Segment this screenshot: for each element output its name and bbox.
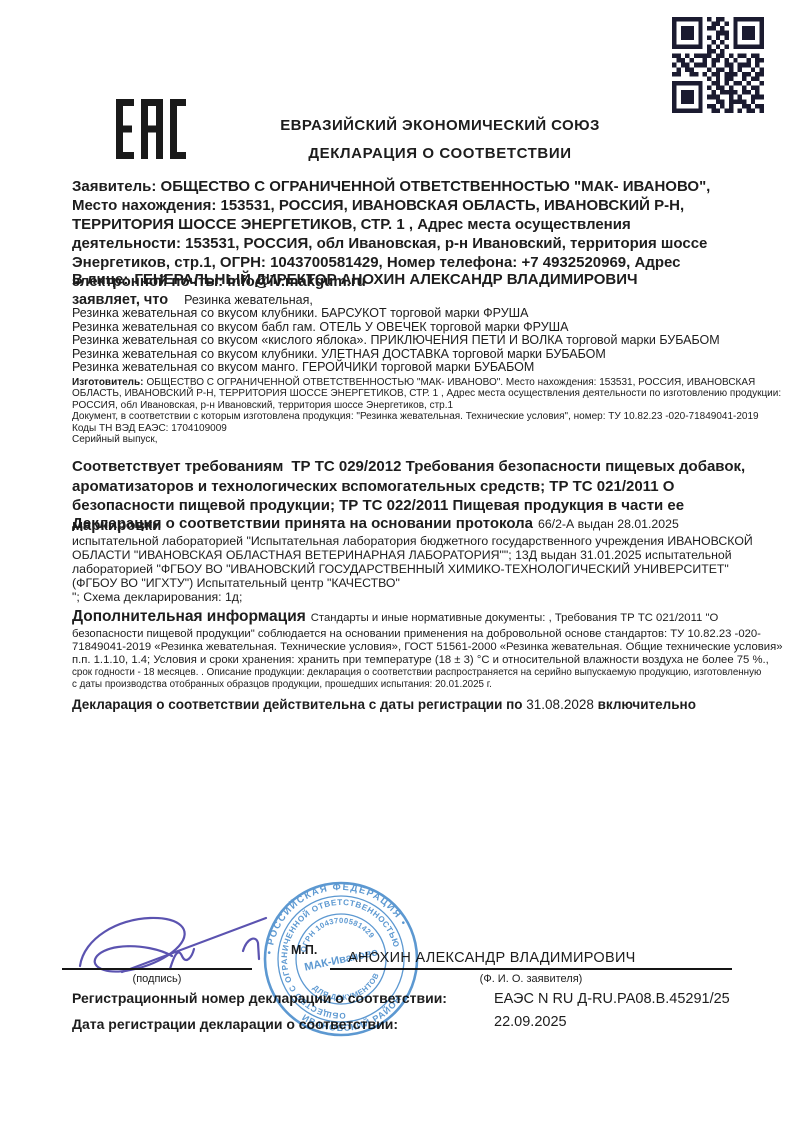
product-line: Резинка жевательная со вкусом «кислого я… — [72, 334, 720, 347]
additional-info-block: Дополнительная информацияСтандарты и ины… — [72, 607, 783, 692]
manufacturer-line: РОССИЯ, обл Ивановская, р-н Ивановский, … — [72, 400, 781, 411]
protocol-line: испытательной лабораторией "Испытательна… — [72, 534, 753, 548]
protocol-line: лабораторией "ФГБОУ ВО "ИВАНОВСКИЙ ГОСУД… — [72, 562, 753, 576]
manufacturer-line: Изготовитель:ОБЩЕСТВО С ОГРАНИЧЕННОЙ ОТВ… — [72, 377, 781, 388]
protocol-line: (ФГБОУ ВО "ИГХТУ") Испытательный центр "… — [72, 576, 753, 590]
stamp-ring-top: • РОССИЙСКАЯ ФЕДЕРАЦИЯ • — [252, 868, 409, 957]
document-page: ЕАС ЕВРАЗИЙСКИЙ ЭКОНОМИЧЕСКИЙ СОЮЗ ДЕКЛА… — [0, 0, 793, 1122]
serial-line: Серийный выпуск, — [72, 434, 781, 445]
additional-small-line: с даты производства отобранных образцов … — [72, 679, 783, 691]
applicant-label: Заявитель: — [72, 178, 156, 195]
signature-line — [62, 968, 252, 970]
additional-first-line: Дополнительная информацияСтандарты и ины… — [72, 607, 783, 628]
manufacturer-doc-line: Документ, в соответствии с которым изгот… — [72, 411, 781, 422]
manufacturer-block: Изготовитель:ОБЩЕСТВО С ОГРАНИЧЕННОЙ ОТВ… — [72, 377, 781, 445]
additional-line: безопасности пищевой продукции" соблюдае… — [72, 628, 783, 641]
registration-number-value: ЕАЭС N RU Д-RU.РА08.В.45291/25 — [494, 991, 730, 1007]
company-stamp: • РОССИЙСКАЯ ФЕДЕРАЦИЯ • ИВАНОВСКИЙ РАЙО… — [240, 858, 442, 1060]
protocol-line: "; Схема декларирования: 1д; — [72, 590, 753, 604]
eac-logo: ЕАС — [114, 99, 186, 159]
svg-text:• РОССИЙСКАЯ ФЕДЕРАЦИЯ •: • РОССИЙСКАЯ ФЕДЕРАЦИЯ • — [252, 868, 409, 957]
registration-date-value: 22.09.2025 — [494, 1014, 567, 1030]
tnved-code-line: Коды ТН ВЭД ЕАЭС: 1704109009 — [72, 423, 781, 434]
declares-block: заявляет, чтоРезинка жевательная, Резинк… — [72, 294, 720, 374]
qr-code — [672, 17, 764, 113]
protocol-line: ОБЛАСТИ "ИВАНОВСКАЯ ОБЛАСТНАЯ ВЕТЕРИНАРН… — [72, 548, 753, 562]
additional-line: п.п. 1.1.10, 1.4; Условия и сроки хранен… — [72, 654, 783, 667]
declares-first-line: заявляет, чтоРезинка жевательная, — [72, 294, 720, 307]
manufacturer-line: ОБЛАСТЬ, ИВАНОВСКИЙ Р-Н, ТЕРРИТОРИЯ ШОСС… — [72, 388, 781, 399]
validity-line: Декларация о соответствии действительна … — [72, 697, 772, 712]
person-line: В лице:ГЕНЕРАЛЬНЫЙ ДИРЕКТОР АНОХИН АЛЕКС… — [72, 271, 772, 288]
validity-date: 31.08.2028 — [526, 697, 594, 712]
additional-small-line: срок годности - 18 месяцев. . Описание п… — [72, 667, 783, 679]
product-line: Резинка жевательная со вкусом манго. ГЕР… — [72, 361, 720, 374]
header-titles: ЕВРАЗИЙСКИЙ ЭКОНОМИЧЕСКИЙ СОЮЗ ДЕКЛАРАЦИ… — [220, 117, 660, 162]
product-line: Резинка жевательная со вкусом бабл гам. … — [72, 321, 720, 334]
protocol-block: Декларация о соответствии принята на осн… — [72, 514, 753, 604]
protocol-first-line: Декларация о соответствии принята на осн… — [72, 514, 753, 534]
additional-line: 71849041-2019 «Резинка жевательная. Техн… — [72, 641, 783, 654]
doc-title: ДЕКЛАРАЦИЯ О СООТВЕТСТВИИ — [220, 145, 660, 162]
signature-caption: (подпись) — [62, 973, 252, 985]
union-title: ЕВРАЗИЙСКИЙ ЭКОНОМИЧЕСКИЙ СОЮЗ — [220, 117, 660, 134]
stamp-center-text: МАК-Иваново — [303, 946, 379, 973]
product-line: Резинка жевательная со вкусом клубники. … — [72, 307, 720, 320]
